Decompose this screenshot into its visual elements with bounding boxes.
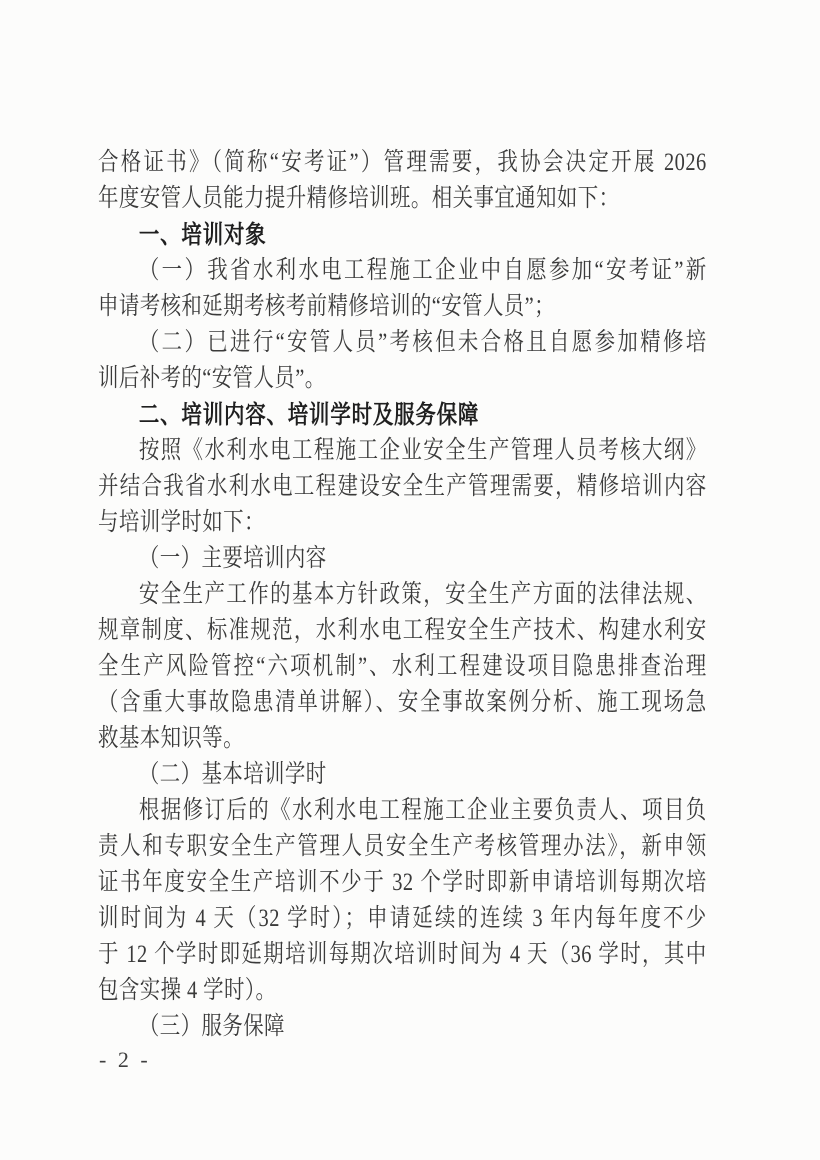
subsection-heading-2-2: （二）基本培训学时 xyxy=(98,757,707,793)
document-page: 合格证书》（简称“安考证”）管理需要，我协会决定开展 2026 年度安管人员能力… xyxy=(0,0,820,1160)
text-line: 安全生产工作的基本方针政策，安全生产方面的法律法规、 xyxy=(98,577,707,613)
text-line: 规章制度、标准规范，水利水电工程安全生产技术、构建水利安 xyxy=(98,613,707,649)
section-heading-1: 一、培训对象 xyxy=(98,217,707,253)
text-line: 申请考核和延期考核考前精修培训的“安管人员”； xyxy=(98,289,707,325)
text-line: 与培训学时如下： xyxy=(98,505,707,541)
text-line: 根据修订后的《水利水电工程施工企业主要负责人、项目负 xyxy=(98,793,707,829)
text-line: 并结合我省水利水电工程建设安全生产管理需要，精修培训内容 xyxy=(98,469,707,505)
text-line: 责人和专职安全生产管理人员安全生产考核管理办法》，新申领 xyxy=(98,829,707,865)
text-line: （含重大事故隐患清单讲解）、安全事故案例分析、施工现场急 xyxy=(98,685,707,721)
page-number: - 2 - xyxy=(99,1045,151,1075)
document-body: 合格证书》（简称“安考证”）管理需要，我协会决定开展 2026 年度安管人员能力… xyxy=(98,145,707,1045)
text-line: （一）我省水利水电工程施工企业中自愿参加“安考证”新 xyxy=(98,253,707,289)
text-line: 包含实操 4 学时）。 xyxy=(98,973,707,1009)
text-line: 证书年度安全生产培训不少于 32 个学时即新申请培训每期次培 xyxy=(98,865,707,901)
section-heading-2: 二、培训内容、培训学时及服务保障 xyxy=(98,397,707,433)
text-line: 全生产风险管控“六项机制”、水利工程建设项目隐患排查治理 xyxy=(98,649,707,685)
text-line: （二）已进行“安管人员”考核但未合格且自愿参加精修培 xyxy=(98,325,707,361)
subsection-heading-2-3: （三）服务保障 xyxy=(98,1009,707,1045)
text-line: 于 12 个学时即延期培训每期次培训时间为 4 天（36 学时，其中 xyxy=(98,937,707,973)
text-line: 按照《水利水电工程施工企业安全生产管理人员考核大纲》 xyxy=(98,433,707,469)
text-line: 年度安管人员能力提升精修培训班。相关事宜通知如下： xyxy=(98,181,707,217)
text-line: 训时间为 4 天（32 学时）；申请延续的连续 3 年内每年度不少 xyxy=(98,901,707,937)
text-line: 合格证书》（简称“安考证”）管理需要，我协会决定开展 2026 xyxy=(98,145,707,181)
subsection-heading-2-1: （一）主要培训内容 xyxy=(98,541,707,577)
text-line: 训后补考的“安管人员”。 xyxy=(98,361,707,397)
text-line: 救基本知识等。 xyxy=(98,721,707,757)
